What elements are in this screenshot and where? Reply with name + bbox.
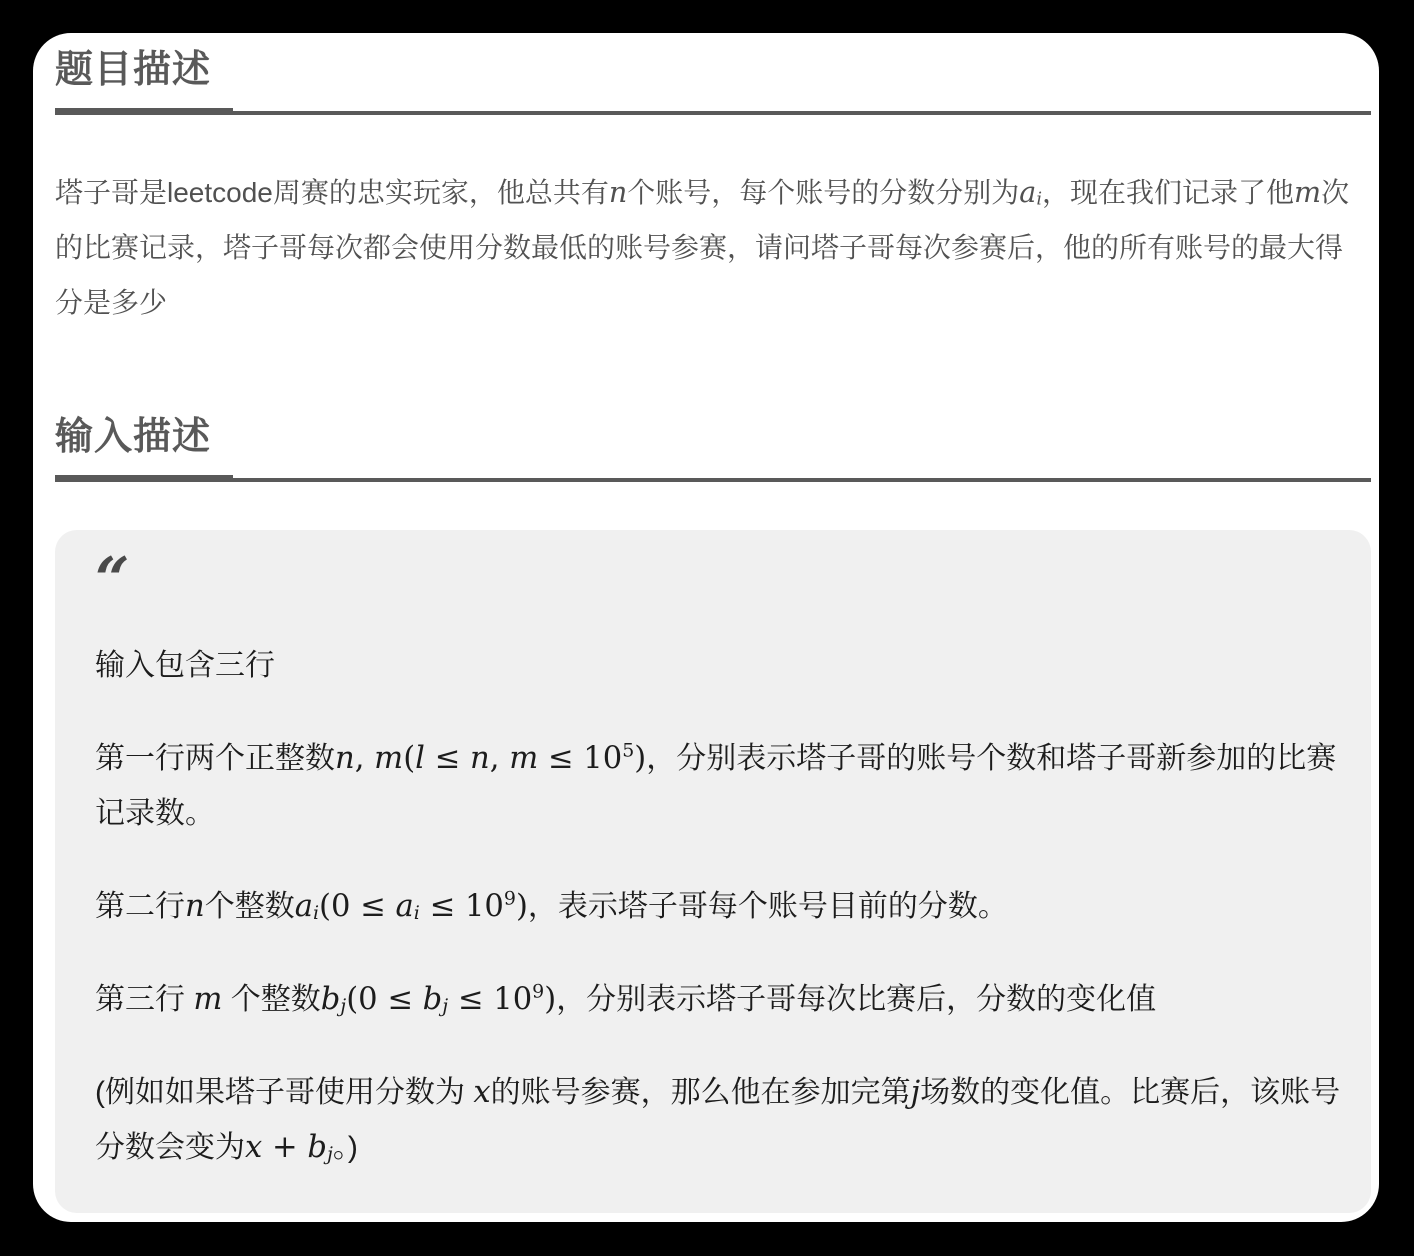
problem-description-heading: 题目描述 [55, 47, 1371, 93]
input-description-heading: 输入描述 [55, 414, 1371, 460]
problem-statement-paragraph: 塔子哥是leetcode周赛的忠实玩家，他总共有n个账号，每个账号的分数分别为a… [55, 165, 1357, 330]
quote-icon: “ [95, 558, 1346, 596]
page-background: 题目描述 塔子哥是leetcode周赛的忠实玩家，他总共有n个账号，每个账号的分… [0, 0, 1414, 1256]
heading-underline-rule [55, 478, 1371, 482]
input-line1-description: 第一行两个正整数n, m(l ≤ n, m ≤ 105)，分别表示塔子哥的账号个… [95, 731, 1346, 841]
input-lines-summary: 输入包含三行 [95, 638, 1346, 693]
input-description-blockquote: “ 输入包含三行 第一行两个正整数n, m(l ≤ n, m ≤ 105)，分别… [55, 530, 1371, 1213]
problem-card: 题目描述 塔子哥是leetcode周赛的忠实玩家，他总共有n个账号，每个账号的分… [33, 33, 1379, 1222]
heading-underline-rule [55, 111, 1371, 115]
input-line3-description: 第三行 m 个整数bj(0 ≤ bj ≤ 109)，分别表示塔子哥每次比赛后，分… [95, 972, 1346, 1027]
input-line2-description: 第二行n个整数ai(0 ≤ ai ≤ 109)，表示塔子哥每个账号目前的分数。 [95, 879, 1346, 934]
input-example-note: (例如如果塔子哥使用分数为 x的账号参赛，那么他在参加完第j场数的变化值。比赛后… [95, 1065, 1346, 1175]
